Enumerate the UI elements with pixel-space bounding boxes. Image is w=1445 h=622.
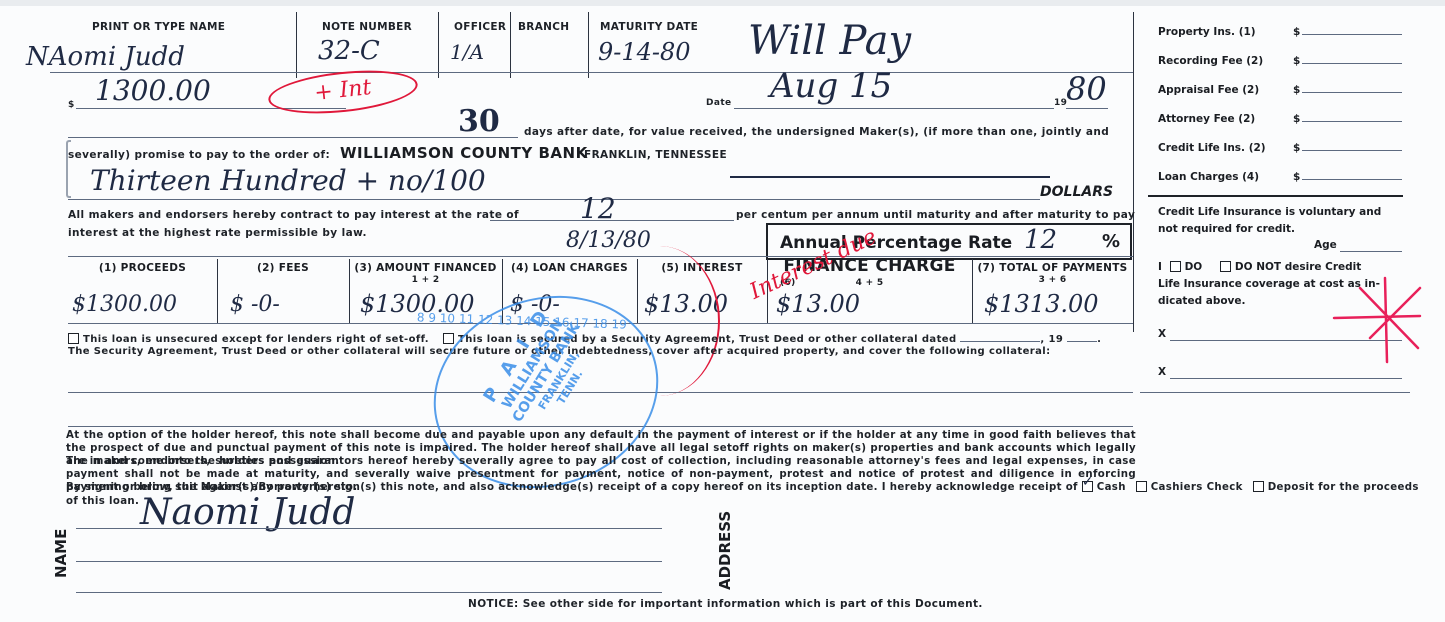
apr-percent: % — [1102, 231, 1120, 252]
deposit-label: Deposit for the proceeds — [1268, 482, 1419, 493]
loan-charges-label: Loan Charges (4) — [1158, 171, 1259, 183]
do-not-checkbox[interactable] — [1220, 261, 1231, 272]
appraisal-fee-field[interactable]: $ — [1293, 84, 1402, 96]
collateral-date-field[interactable] — [960, 341, 1040, 342]
recording-fee-label: Recording Fee (2) — [1158, 55, 1263, 67]
name-side-label: NAME — [52, 529, 70, 578]
attorney-fee-label: Attorney Fee (2) — [1158, 113, 1255, 125]
days-underline — [68, 137, 518, 138]
interest-text-3: interest at the highest rate permissible… — [68, 227, 367, 239]
will-pay-annotation: Will Pay — [748, 18, 911, 64]
name-label: PRINT OR TYPE NAME — [92, 21, 225, 33]
cash-label: Cash — [1097, 482, 1126, 493]
amount-field[interactable]: 1300.00 — [95, 74, 211, 107]
age-label: Age — [1314, 239, 1337, 251]
note-number-label: NOTE NUMBER — [322, 21, 412, 33]
dollars-label: DOLLARS — [1040, 184, 1113, 200]
deposit-checkbox[interactable] — [1253, 481, 1264, 492]
header-rule — [50, 72, 1133, 73]
dollar-sign: $ — [1293, 55, 1300, 67]
unsecured-option[interactable]: This loan is unsecured except for lender… — [68, 333, 429, 345]
sidebar-divider — [1133, 12, 1134, 332]
fees-header: (2) FEES — [217, 262, 349, 274]
staple-icon — [66, 140, 71, 198]
age-field[interactable] — [1340, 251, 1402, 252]
divider — [438, 12, 439, 78]
fees-value[interactable]: $ -0- — [230, 292, 280, 317]
i-label: I — [1158, 261, 1162, 273]
loan-charges-field[interactable]: $ — [1293, 171, 1402, 183]
note-number-field[interactable]: 32-C — [318, 36, 380, 66]
credit-life-ins-label: Credit Life Ins. (2) — [1158, 142, 1266, 154]
amount-financed-header: (3) AMOUNT FINANCED — [349, 262, 502, 274]
property-ins-field[interactable]: $ — [1293, 26, 1402, 38]
dollar-sign: $ — [1293, 142, 1300, 154]
collateral-year-prefix: , 19 — [1040, 334, 1063, 345]
officer-field[interactable]: 1/A — [450, 40, 484, 64]
unsecured-checkbox[interactable] — [68, 333, 79, 344]
interest-text: All makers and endorsers hereby contract… — [68, 209, 519, 221]
interest-rate-field[interactable]: 12 — [580, 192, 616, 225]
sidebar-fees-rule — [1148, 195, 1403, 197]
dollar-sign: $ — [1293, 113, 1300, 125]
cashiers-check-checkbox[interactable] — [1136, 481, 1147, 492]
amount-dollar-sign: $ — [68, 100, 75, 110]
x-label-2: X — [1158, 366, 1166, 378]
promise-text-line2: severally) promise to pay to the order o… — [68, 149, 330, 161]
bank-name: WILLIAMSON COUNTY BANK — [340, 144, 588, 162]
property-ins-label: Property Ins. (1) — [1158, 26, 1256, 38]
proceeds-header: (1) PROCEEDS — [68, 262, 217, 274]
divider — [296, 12, 297, 78]
terms-end: of this loan. — [66, 495, 139, 508]
divider — [510, 12, 511, 78]
signature-line-3[interactable] — [76, 592, 662, 593]
do-label: DO — [1185, 261, 1203, 273]
recording-fee-field[interactable]: $ — [1293, 55, 1402, 67]
year-field[interactable]: 80 — [1066, 70, 1107, 108]
promise-text-line1: days after date, for value received, the… — [524, 126, 1109, 138]
officer-label: OFFICER — [454, 21, 506, 33]
written-amount-underline — [68, 199, 1040, 200]
credit-life-choice: I DO DO NOT desire Credit — [1158, 261, 1361, 273]
divider — [588, 12, 589, 78]
borrower-name-field[interactable]: NAomi Judd — [26, 42, 185, 72]
cash-checkbox[interactable] — [1082, 481, 1093, 492]
signature-line-1[interactable] — [76, 528, 662, 529]
interest-text-2: per centum per annum until maturity and … — [736, 209, 1135, 221]
appraisal-fee-label: Appraisal Fee (2) — [1158, 84, 1259, 96]
insurance-note-1: Credit Life Insurance is voluntary and — [1158, 206, 1381, 218]
borrower-signature[interactable]: Naomi Judd — [140, 492, 355, 533]
total-payments-header: (7) TOTAL OF PAYMENTS — [972, 262, 1133, 274]
dollar-sign: $ — [1293, 26, 1300, 38]
apr-value[interactable]: 12 — [1024, 225, 1057, 255]
secured-checkbox[interactable] — [443, 333, 454, 344]
address-side-label: ADDRESS — [716, 511, 734, 590]
signature-line-2[interactable] — [76, 561, 662, 562]
amount-financed-sub: 1 + 2 — [349, 275, 502, 285]
days-field[interactable]: 30 — [458, 104, 500, 139]
x-label-1: X — [1158, 328, 1166, 340]
collateral-year-field[interactable] — [1067, 341, 1097, 342]
insurance-note-2: not required for credit. — [1158, 223, 1295, 235]
red-star-mark — [1330, 276, 1430, 366]
promissory-note: PRINT OR TYPE NAME NOTE NUMBER OFFICER B… — [0, 6, 1445, 622]
attorney-fee-field[interactable]: $ — [1293, 113, 1402, 125]
written-amount-field[interactable]: Thirteen Hundred + no/100 — [90, 164, 486, 197]
sidebar-bottom-rule — [1140, 392, 1410, 393]
proceeds-value[interactable]: $1300.00 — [72, 292, 177, 317]
credit-life-ins-field[interactable]: $ — [1293, 142, 1402, 154]
date-label: Date — [706, 98, 732, 108]
maturity-date-label: MATURITY DATE — [600, 21, 698, 33]
bank-location: FRANKLIN, TENNESSEE — [584, 149, 727, 161]
cashiers-check-label: Cashiers Check — [1151, 482, 1243, 493]
do-checkbox[interactable] — [1170, 261, 1181, 272]
amount-strike-line — [730, 176, 1050, 178]
total-payments-value[interactable]: $1313.00 — [984, 290, 1099, 318]
dollar-sign: $ — [1293, 171, 1300, 183]
dollar-sign: $ — [1293, 84, 1300, 96]
maturity-date-field[interactable]: 9-14-80 — [598, 38, 691, 66]
finance-charge-value[interactable]: $13.00 — [776, 290, 860, 318]
total-payments-sub: 3 + 6 — [972, 275, 1133, 285]
date-field[interactable]: Aug 15 — [770, 66, 892, 106]
coverage-text-2: dicated above. — [1158, 295, 1246, 307]
do-not-label: DO NOT desire Credit — [1235, 261, 1361, 273]
branch-label: BRANCH — [518, 21, 569, 33]
year-underline — [1066, 108, 1108, 109]
unsecured-text: This loan is unsecured except for lender… — [83, 334, 429, 345]
notice-text: NOTICE: See other side for important inf… — [468, 598, 983, 610]
date-underline — [734, 108, 1054, 109]
credit-life-signature-2[interactable] — [1170, 378, 1402, 379]
